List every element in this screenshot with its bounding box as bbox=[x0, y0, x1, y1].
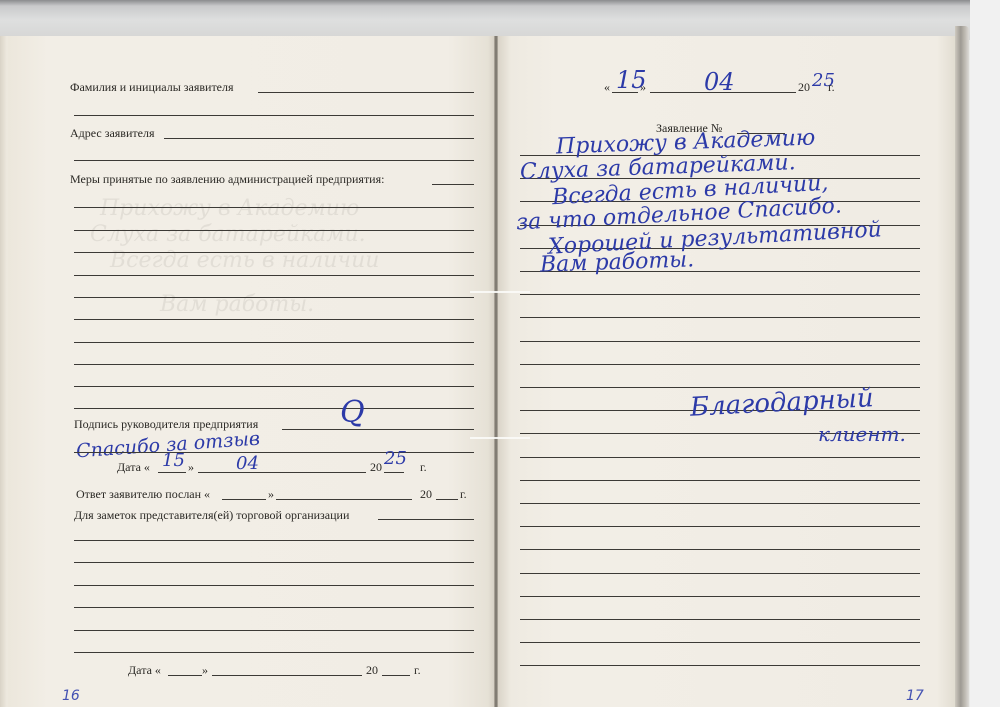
notes-line[interactable] bbox=[74, 585, 474, 586]
statement-line[interactable] bbox=[520, 526, 920, 527]
statement-line[interactable] bbox=[520, 549, 920, 550]
applicant-address-field-line2[interactable] bbox=[74, 160, 474, 161]
reply-sent-year-suffix: г. bbox=[460, 487, 467, 501]
measures-line[interactable] bbox=[74, 297, 474, 298]
reply-sent-year-field[interactable] bbox=[436, 499, 458, 500]
date-year-value: 25 bbox=[384, 450, 407, 468]
statement-line[interactable] bbox=[520, 619, 920, 620]
reply-sent-year-prefix: 20 bbox=[420, 487, 432, 501]
measures-field[interactable] bbox=[432, 184, 474, 185]
statement-line[interactable] bbox=[520, 457, 920, 458]
notes-line[interactable] bbox=[74, 540, 474, 541]
date-month-value: 04 bbox=[236, 455, 259, 473]
measures-line[interactable] bbox=[74, 252, 474, 253]
manager-signature-field[interactable] bbox=[282, 429, 474, 430]
header-open-quote: « bbox=[604, 80, 610, 94]
notes-line[interactable] bbox=[74, 607, 474, 608]
show-through-text: Слуха за батарейками. bbox=[90, 222, 366, 247]
left-page-number: 16 bbox=[62, 688, 80, 704]
statement-line[interactable] bbox=[520, 665, 920, 666]
statement-line[interactable] bbox=[520, 503, 920, 504]
statement-line[interactable] bbox=[520, 364, 920, 365]
notes-label: Для заметок представителя(ей) торговой о… bbox=[74, 508, 349, 522]
date-year-prefix: 20 bbox=[370, 460, 382, 474]
statement-line[interactable] bbox=[520, 642, 920, 643]
bottom-date-close-quote: » bbox=[202, 663, 208, 677]
measures-line[interactable] bbox=[74, 364, 474, 365]
bottom-date-day-field[interactable] bbox=[168, 675, 202, 676]
date-year-suffix: г. bbox=[420, 460, 427, 474]
statement-line[interactable] bbox=[520, 573, 920, 574]
signature-line-2: клиент. bbox=[818, 424, 906, 444]
binding-thread-bottom bbox=[470, 437, 530, 439]
applicant-name-field[interactable] bbox=[258, 92, 474, 93]
header-year-suffix: г. bbox=[828, 80, 835, 94]
applicant-address-field[interactable] bbox=[164, 138, 474, 139]
statement-text-line: Вам работы. bbox=[540, 249, 695, 276]
bottom-date-label: Дата « bbox=[128, 663, 161, 677]
header-month-value: 04 bbox=[704, 70, 735, 94]
right-page-number: 17 bbox=[906, 688, 924, 704]
notes-line[interactable] bbox=[74, 652, 474, 653]
book-page-stack bbox=[955, 26, 969, 707]
measures-line[interactable] bbox=[74, 319, 474, 320]
reply-sent-close-quote: » bbox=[268, 487, 274, 501]
statement-line[interactable] bbox=[520, 596, 920, 597]
measures-label: Меры принятые по заявлению администрацие… bbox=[70, 172, 384, 186]
show-through-text: Вам работы. bbox=[160, 292, 314, 317]
manager-signature: Q bbox=[340, 398, 365, 428]
measures-line[interactable] bbox=[74, 275, 474, 276]
header-close-quote: » bbox=[640, 80, 646, 94]
book-spine bbox=[494, 36, 498, 707]
date-close-quote: » bbox=[188, 460, 194, 474]
notes-field[interactable] bbox=[378, 519, 474, 520]
reply-sent-label: Ответ заявителю послан « bbox=[76, 487, 210, 501]
notes-line[interactable] bbox=[74, 630, 474, 631]
reply-sent-day-field[interactable] bbox=[222, 499, 266, 500]
manager-reply-line[interactable] bbox=[74, 452, 474, 453]
date-day-value: 15 bbox=[162, 452, 185, 470]
measures-line[interactable] bbox=[74, 408, 474, 409]
date-day-field[interactable] bbox=[158, 472, 186, 473]
statement-line[interactable] bbox=[520, 317, 920, 318]
measures-line[interactable] bbox=[74, 230, 474, 231]
bottom-date-year-field[interactable] bbox=[382, 675, 410, 676]
date-month-field[interactable] bbox=[198, 472, 366, 473]
notes-line[interactable] bbox=[74, 562, 474, 563]
measures-line[interactable] bbox=[74, 207, 474, 208]
show-through-text: Прихожу в Академию bbox=[100, 196, 359, 221]
statement-line[interactable] bbox=[520, 480, 920, 481]
date-label: Дата « bbox=[117, 460, 150, 474]
bottom-date-year-prefix: 20 bbox=[366, 663, 378, 677]
date-year-field[interactable] bbox=[384, 472, 404, 473]
statement-line[interactable] bbox=[520, 294, 920, 295]
measures-line[interactable] bbox=[74, 386, 474, 387]
applicant-address-label: Адрес заявителя bbox=[70, 126, 154, 140]
applicant-name-field-line2[interactable] bbox=[74, 115, 474, 116]
scanner-top-shadow bbox=[0, 0, 1000, 40]
reply-sent-month-field[interactable] bbox=[276, 499, 412, 500]
scanner-background bbox=[970, 0, 1000, 707]
binding-thread-top bbox=[470, 291, 530, 293]
bottom-date-year-suffix: г. bbox=[414, 663, 421, 677]
statement-line[interactable] bbox=[520, 341, 920, 342]
applicant-name-label: Фамилия и инициалы заявителя bbox=[70, 80, 234, 94]
header-year-prefix: 20 bbox=[798, 80, 810, 94]
bottom-date-month-field[interactable] bbox=[212, 675, 362, 676]
measures-line[interactable] bbox=[74, 342, 474, 343]
